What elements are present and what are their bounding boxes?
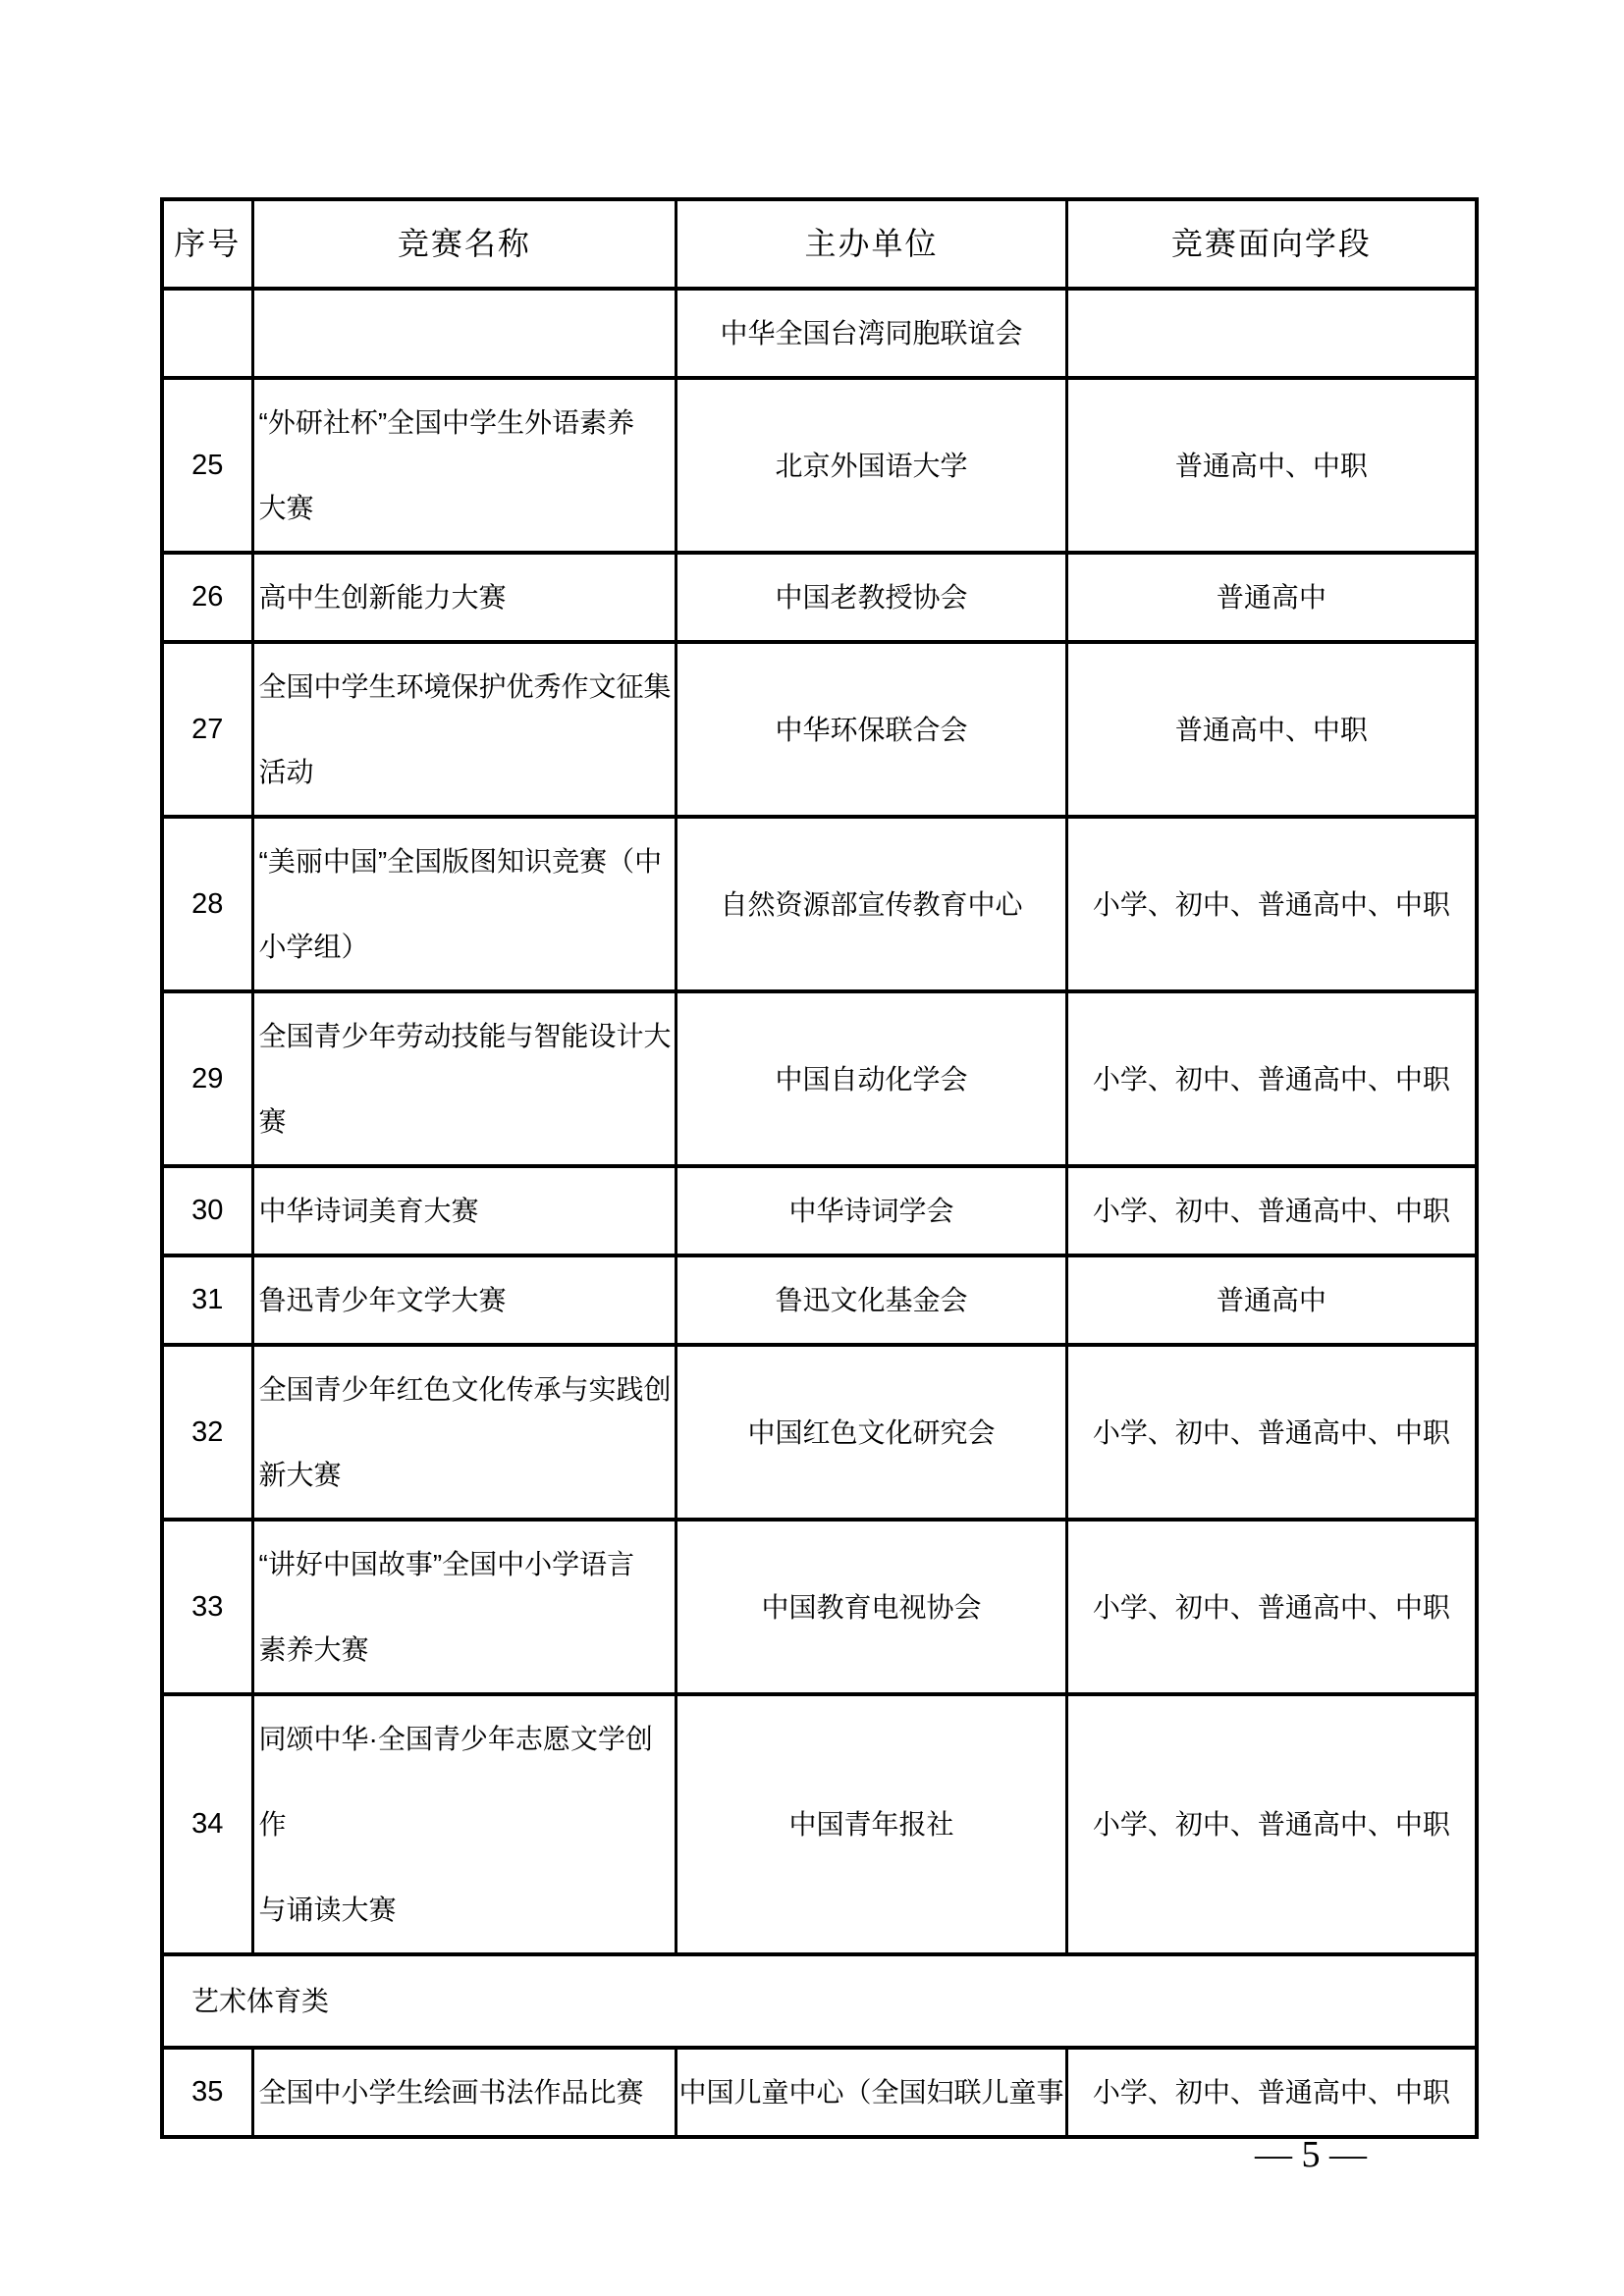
table-row: 27全国中学生环境保护优秀作文征集 活动中华环保联合会普通高中、中职 (162, 642, 1477, 817)
organizer: 中国老教授协会 (677, 553, 1066, 642)
table-row: 25“外研社杯”全国中学生外语素养 大赛北京外国语大学普通高中、中职 (162, 378, 1477, 553)
stage: 小学、初中、普通高中、中职 (1066, 1166, 1477, 1255)
row-index: 27 (162, 642, 252, 817)
stage (1066, 289, 1477, 378)
organizer: 中华全国台湾同胞联谊会 (677, 289, 1066, 378)
row-index: 33 (162, 1520, 252, 1694)
header-stage: 竞赛面向学段 (1066, 199, 1477, 289)
stage: 小学、初中、普通高中、中职 (1066, 817, 1477, 991)
stage: 普通高中、中职 (1066, 378, 1477, 553)
table-row: 28“美丽中国”全国版图知识竞赛（中 小学组）自然资源部宣传教育中心小学、初中、… (162, 817, 1477, 991)
table-row: 30中华诗词美育大赛中华诗词学会小学、初中、普通高中、中职 (162, 1166, 1477, 1255)
row-index: 32 (162, 1345, 252, 1520)
table-row: 34同颂中华·全国青少年志愿文学创作 与诵读大赛中国青年报社小学、初中、普通高中… (162, 1694, 1477, 1954)
organizer: 鲁迅文化基金会 (677, 1255, 1066, 1345)
stage: 小学、初中、普通高中、中职 (1066, 991, 1477, 1166)
stage: 小学、初中、普通高中、中职 (1066, 1345, 1477, 1520)
table-body: 中华全国台湾同胞联谊会25“外研社杯”全国中学生外语素养 大赛北京外国语大学普通… (162, 289, 1477, 2137)
organizer: 中国儿童中心（全国妇联儿童事 (677, 2048, 1066, 2137)
competition-name: “讲好中国故事”全国中小学语言 素养大赛 (252, 1520, 677, 1694)
competition-name: “外研社杯”全国中学生外语素养 大赛 (252, 378, 677, 553)
organizer: 自然资源部宣传教育中心 (677, 817, 1066, 991)
header-organizer: 主办单位 (677, 199, 1066, 289)
competition-name: 鲁迅青少年文学大赛 (252, 1255, 677, 1345)
row-index: 35 (162, 2048, 252, 2137)
section-label: 艺术体育类 (162, 1954, 1477, 2048)
organizer: 中华环保联合会 (677, 642, 1066, 817)
header-row: 序号 竞赛名称 主办单位 竞赛面向学段 (162, 199, 1477, 289)
organizer: 中国青年报社 (677, 1694, 1066, 1954)
organizer: 中国自动化学会 (677, 991, 1066, 1166)
stage: 普通高中 (1066, 1255, 1477, 1345)
table-row: 31鲁迅青少年文学大赛鲁迅文化基金会普通高中 (162, 1255, 1477, 1345)
table-row: 32全国青少年红色文化传承与实践创 新大赛中国红色文化研究会小学、初中、普通高中… (162, 1345, 1477, 1520)
stage: 普通高中、中职 (1066, 642, 1477, 817)
stage: 小学、初中、普通高中、中职 (1066, 1694, 1477, 1954)
row-index: 29 (162, 991, 252, 1166)
organizer: 中国红色文化研究会 (677, 1345, 1066, 1520)
competition-name: 高中生创新能力大赛 (252, 553, 677, 642)
page-number: — 5 — (1222, 2120, 1399, 2189)
row-index: 28 (162, 817, 252, 991)
row-index: 30 (162, 1166, 252, 1255)
competition-name: 全国青少年红色文化传承与实践创 新大赛 (252, 1345, 677, 1520)
competitions-table: 序号 竞赛名称 主办单位 竞赛面向学段 中华全国台湾同胞联谊会25“外研社杯”全… (160, 197, 1479, 2139)
row-index (162, 289, 252, 378)
stage: 普通高中 (1066, 553, 1477, 642)
competition-name: 全国青少年劳动技能与智能设计大 赛 (252, 991, 677, 1166)
competition-name: 中华诗词美育大赛 (252, 1166, 677, 1255)
competition-name: 全国中学生环境保护优秀作文征集 活动 (252, 642, 677, 817)
table-row: 33“讲好中国故事”全国中小学语言 素养大赛中国教育电视协会小学、初中、普通高中… (162, 1520, 1477, 1694)
competition-name: 同颂中华·全国青少年志愿文学创作 与诵读大赛 (252, 1694, 677, 1954)
section-row: 艺术体育类 (162, 1954, 1477, 2048)
organizer: 北京外国语大学 (677, 378, 1066, 553)
row-index: 25 (162, 378, 252, 553)
table-row: 29全国青少年劳动技能与智能设计大 赛中国自动化学会小学、初中、普通高中、中职 (162, 991, 1477, 1166)
organizer: 中国教育电视协会 (677, 1520, 1066, 1694)
row-index: 26 (162, 553, 252, 642)
header-name: 竞赛名称 (252, 199, 677, 289)
competition-name: 全国中小学生绘画书法作品比赛 (252, 2048, 677, 2137)
continuation-row: 中华全国台湾同胞联谊会 (162, 289, 1477, 378)
row-index: 34 (162, 1694, 252, 1954)
organizer: 中华诗词学会 (677, 1166, 1066, 1255)
row-index: 31 (162, 1255, 252, 1345)
competition-name (252, 289, 677, 378)
header-index: 序号 (162, 199, 252, 289)
competition-name: “美丽中国”全国版图知识竞赛（中 小学组） (252, 817, 677, 991)
stage: 小学、初中、普通高中、中职 (1066, 1520, 1477, 1694)
table-row: 26高中生创新能力大赛中国老教授协会普通高中 (162, 553, 1477, 642)
document-page: { "page": { "footer": "— 5 —" }, "table"… (0, 0, 1624, 2296)
